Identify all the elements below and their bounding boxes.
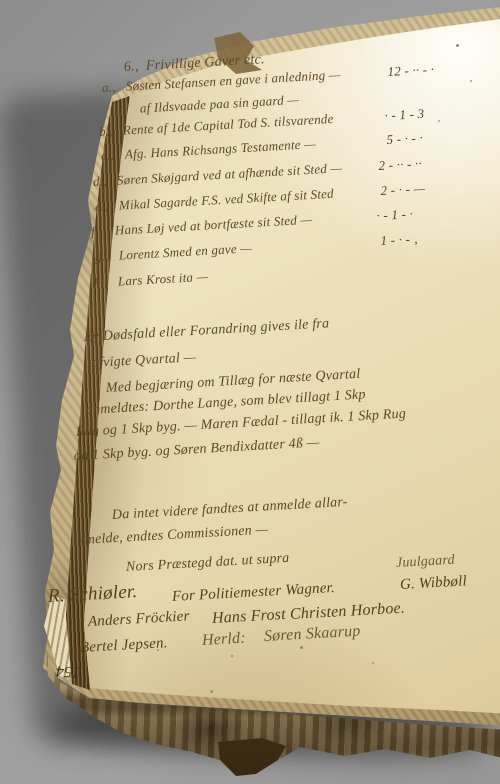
paper-speck <box>372 662 374 664</box>
entry-label: a., <box>102 79 127 96</box>
page-number: 154 <box>55 661 80 681</box>
paper-speck <box>456 44 459 47</box>
paper-speck <box>300 646 303 649</box>
signature: Juulgaard <box>396 553 456 572</box>
entry-label: b., <box>99 123 124 140</box>
manuscript-photo: 6., Frivillige Gaver etc. a., Søsten Ste… <box>0 0 500 784</box>
entry-label: c., <box>101 147 126 164</box>
entry-label <box>116 101 141 118</box>
entry-label: d., <box>93 173 118 190</box>
paper-speck <box>231 655 233 657</box>
paper-speck <box>210 690 213 693</box>
heading-numeral: 6., <box>124 59 139 75</box>
entry-label: e., <box>95 198 120 215</box>
entry-label: h., <box>94 274 119 291</box>
entry-label: f., <box>91 223 116 240</box>
entry-label: g., <box>95 248 120 265</box>
signature: Herld: <box>201 630 246 650</box>
